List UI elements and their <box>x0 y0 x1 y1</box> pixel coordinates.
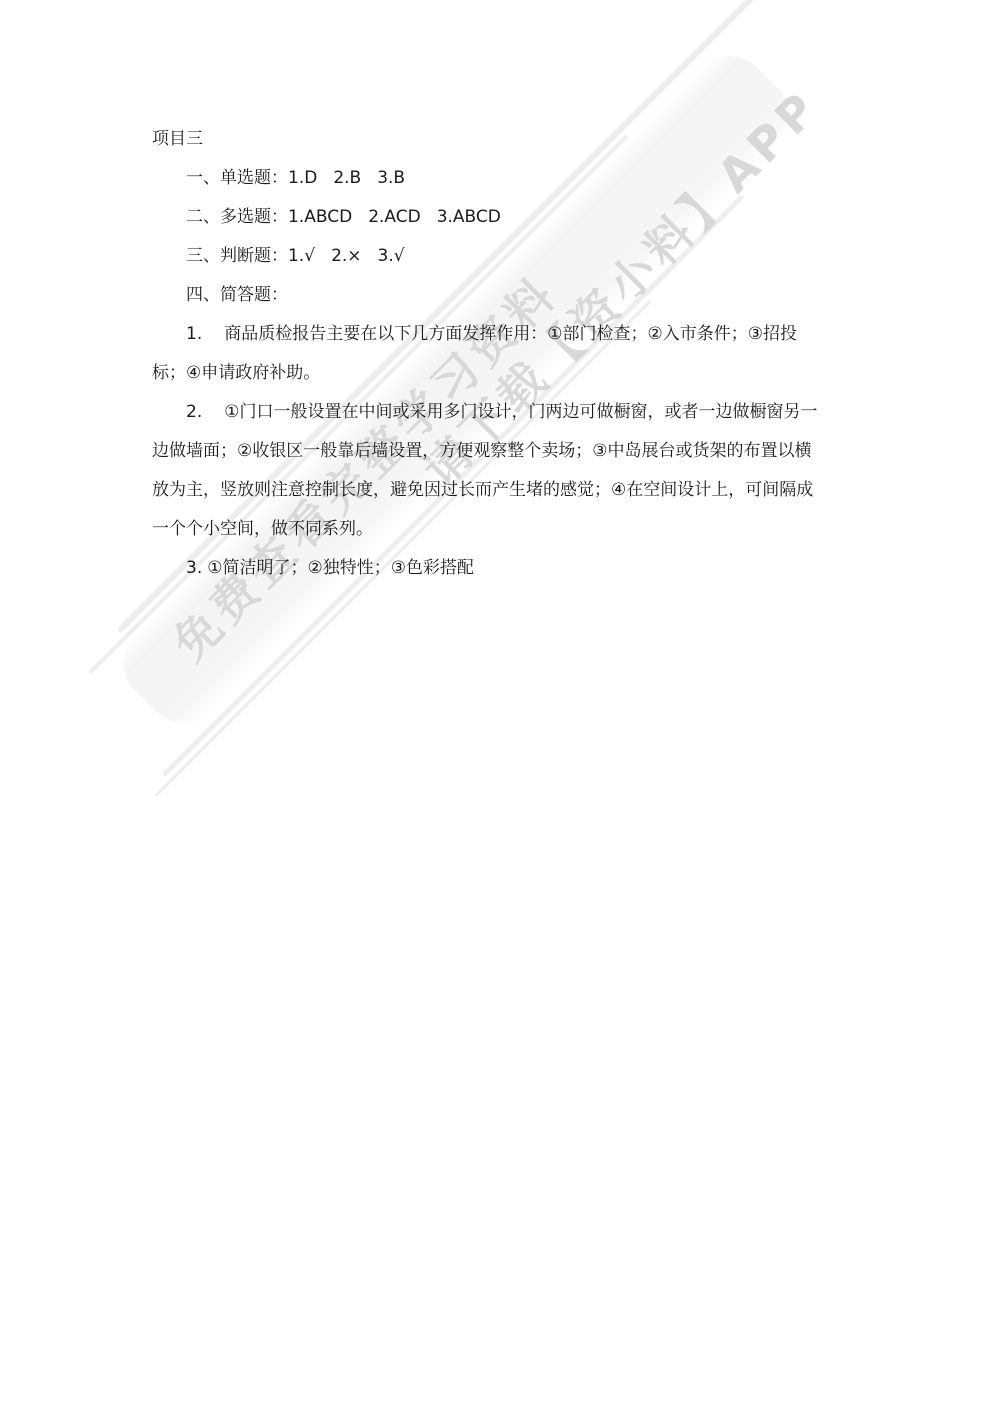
short-answer-label: 四、简答题： <box>186 276 288 315</box>
answer: 1.ABCD <box>288 207 352 227</box>
single-choice-answers: 一、单选题：1.D2.B3.B <box>186 159 405 198</box>
single-choice-label: 一、单选题： <box>186 168 288 188</box>
item-text: ①简洁明了；②独特性；③色彩搭配 <box>207 558 474 578</box>
answer: 3.ABCD <box>437 207 501 227</box>
answer: 1.√ <box>288 246 315 266</box>
answer: 1.D <box>288 168 317 188</box>
short-answer-item-3: 3.①简洁明了；②独特性；③色彩搭配 <box>186 549 474 588</box>
item-number: 2. <box>186 402 202 422</box>
true-false-label: 三、判断题： <box>186 246 288 266</box>
section-title: 项目三 <box>152 120 203 159</box>
short-answer-item-1-line1: 1.商品质检报告主要在以下几方面发挥作用：①部门检查；②入市条件；③招投 <box>186 315 797 354</box>
answer: 2.ACD <box>368 207 421 227</box>
item-text: ①门口一般设置在中间或采用多门设计，门两边可做橱窗，或者一边做橱窗另一 <box>224 402 817 422</box>
true-false-answers: 三、判断题：1.√2.×3.√ <box>186 237 405 276</box>
multiple-choice-answers: 二、多选题：1.ABCD2.ACD3.ABCD <box>186 198 501 237</box>
multiple-choice-label: 二、多选题： <box>186 207 288 227</box>
short-answer-item-2-line3: 放为主，竖放则注意控制长度，避免因过长而产生堵的感觉；④在空间设计上，可间隔成 <box>152 471 813 510</box>
item-number: 3. <box>186 558 202 578</box>
item-number: 1. <box>186 324 202 344</box>
short-answer-item-2-line2: 边做墙面；②收银区一般靠后墙设置，方便观察整个卖场；③中岛展台或货架的布置以横 <box>152 432 811 471</box>
short-answer-item-2-line1: 2.①门口一般设置在中间或采用多门设计，门两边可做橱窗，或者一边做橱窗另一 <box>186 393 817 432</box>
answer: 3.√ <box>378 246 405 266</box>
answer: 2.× <box>331 246 361 266</box>
document-page: 免费查看完整学习资料 请下载【资小料】APP 项目三 一、单选题：1.D2.B3… <box>0 0 993 1404</box>
short-answer-item-1-line2: 标；④申请政府补助。 <box>152 354 320 393</box>
answer: 3.B <box>377 168 405 188</box>
short-answer-item-2-line4: 一个个小空间，做不同系列。 <box>152 510 373 549</box>
item-text: 商品质检报告主要在以下几方面发挥作用：①部门检查；②入市条件；③招投 <box>224 324 797 344</box>
answer: 2.B <box>333 168 361 188</box>
